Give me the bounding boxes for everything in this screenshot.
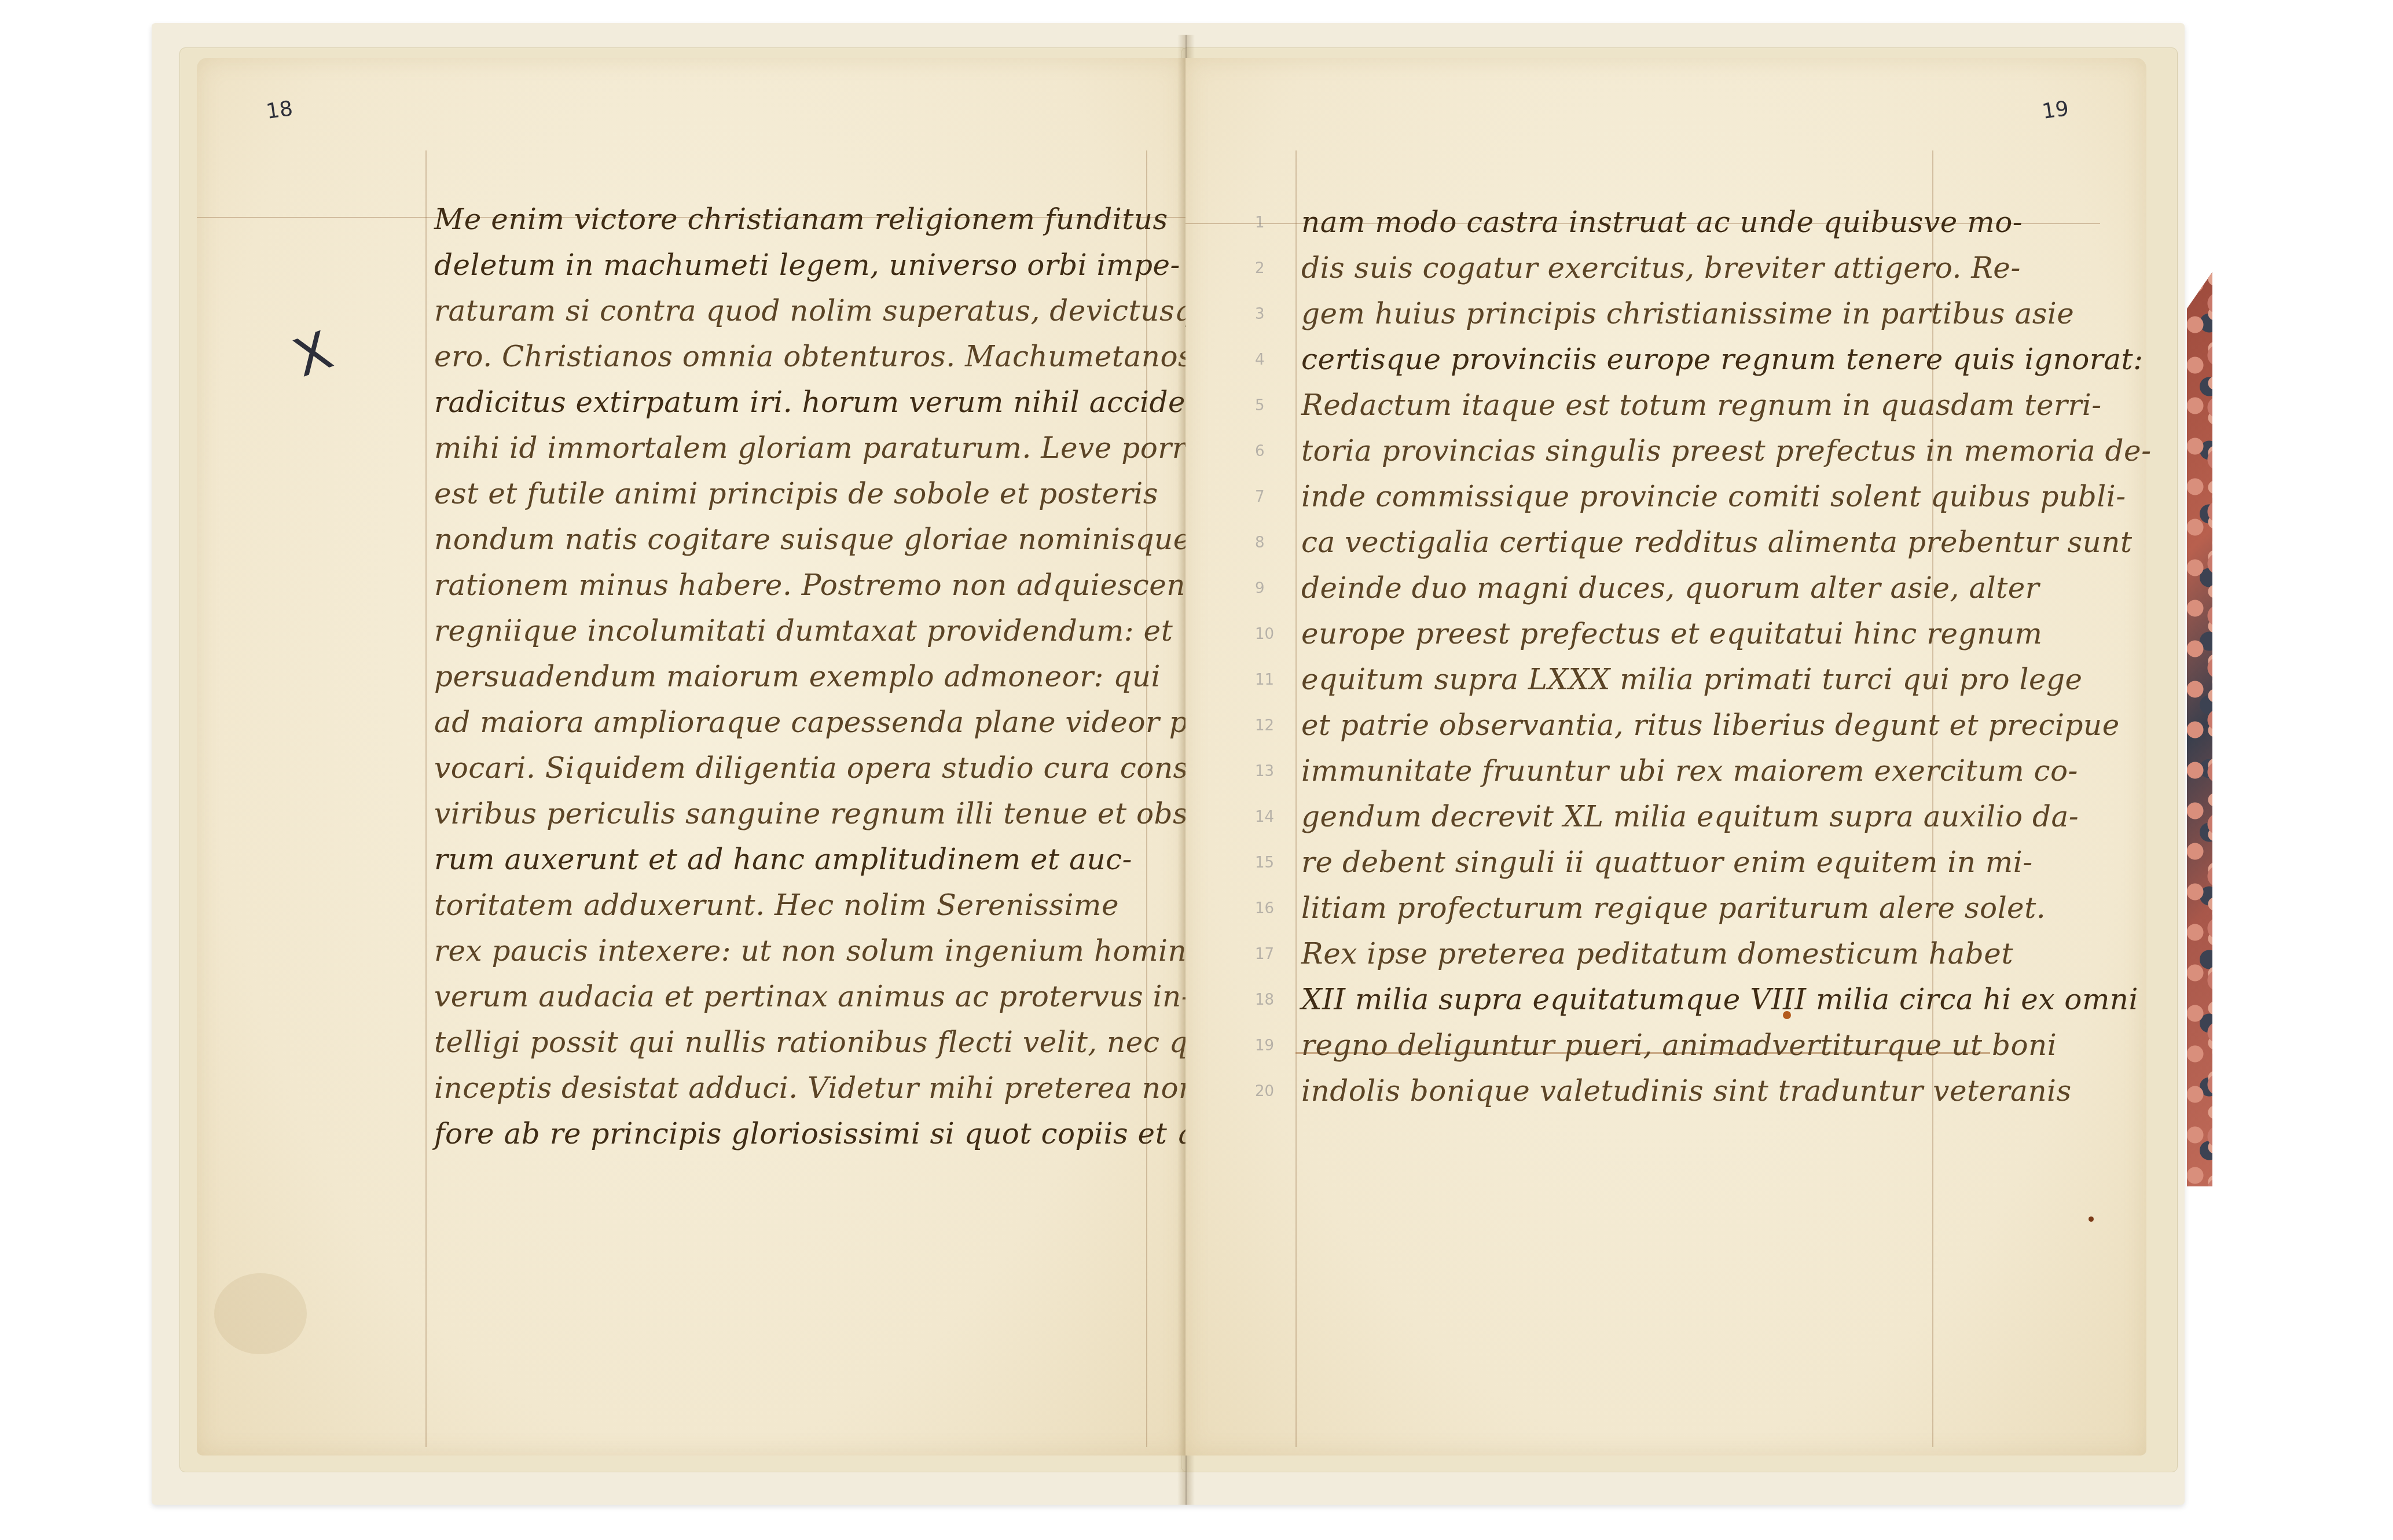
line-number: 16 <box>1255 900 1274 917</box>
ruled-line-left <box>1295 150 1297 1447</box>
text-line: toritatem adduxerunt. Hec nolim Sereniss… <box>434 888 1119 922</box>
text-line: litiam profecturum regique pariturum ale… <box>1301 891 2046 925</box>
text-line: inceptis desistat adduci. Videtur mihi p… <box>434 1071 1198 1105</box>
text-line: re debent singuli ii quattuor enim equit… <box>1301 846 2033 879</box>
line-number: 10 <box>1255 626 1274 643</box>
text-line: viribus periculis sanguine regnum illi t… <box>434 797 1234 830</box>
ink-spot <box>1783 1011 1791 1019</box>
text-line: Rex ipse preterea peditatum domesticum h… <box>1301 937 2013 971</box>
text-line: immunitate fruuntur ubi rex maiorem exer… <box>1301 754 2078 788</box>
text-line: equitum supra LXXX milia primati turci q… <box>1301 663 2083 696</box>
line-number: 17 <box>1255 946 1274 963</box>
text-line: ero. Christianos omnia obtenturos. Machu… <box>434 340 1193 373</box>
text-line: XII milia supra equitatumque VIII milia … <box>1301 983 2138 1016</box>
text-line: dis suis cogatur exercitus, breviter att… <box>1301 251 2021 285</box>
line-number: 6 <box>1255 443 1265 460</box>
text-line: est et futile animi principis de sobole … <box>434 477 1158 510</box>
folio-number-right: 19 <box>2040 97 2070 124</box>
text-line: raturam si contra quod nolim superatus, … <box>434 294 1279 328</box>
text-line: radicitus extirpatum iri. horum verum ni… <box>434 385 1217 419</box>
line-number: 1 <box>1255 214 1265 231</box>
line-number: 11 <box>1255 671 1274 689</box>
text-line: rationem minus habere. Postremo non adqu… <box>434 568 1251 602</box>
line-number: 15 <box>1255 854 1274 872</box>
text-line: ad maiora amplioraque capessenda plane v… <box>434 705 1230 739</box>
line-number: 9 <box>1255 580 1265 597</box>
line-number: 5 <box>1255 397 1265 414</box>
line-number: 7 <box>1255 488 1265 506</box>
text-line: vocari. Siquidem diligentia opera studio… <box>434 751 1235 785</box>
marbled-cover-right-edge <box>2187 272 2212 1186</box>
line-number: 18 <box>1255 991 1274 1009</box>
line-number: 13 <box>1255 763 1274 780</box>
text-line: persuadendum maiorum exemplo admoneor: q… <box>434 660 1161 693</box>
text-line: ca vectigalia certique redditus alimenta… <box>1301 525 2133 559</box>
text-line: fore ab re principis gloriosissimi si qu… <box>434 1117 1232 1151</box>
text-line: verum audacia et pertinax animus ac prot… <box>434 980 1191 1013</box>
line-number: 8 <box>1255 534 1265 552</box>
marginal-mark-x: X <box>286 320 340 389</box>
text-line: Me enim victore christianam religionem f… <box>434 203 1168 236</box>
line-number: 3 <box>1255 306 1265 323</box>
text-line: et patrie observantia, ritus liberius de… <box>1301 708 2120 742</box>
left-page-text: Me enim victore christianam religionem f… <box>434 203 1164 1152</box>
text-line: regniique incolumitati dumtaxat providen… <box>434 614 1173 648</box>
text-line: deinde duo magni duces, quorum alter asi… <box>1301 571 2039 605</box>
text-line: telligi possit qui nullis rationibus fle… <box>434 1026 1243 1059</box>
pencil-line-numbers: 1 2 3 4 5 6 7 8 9 10 11 12 13 14 15 16 1… <box>1255 214 1290 1140</box>
text-line: gendum decrevit XL milia equitum supra a… <box>1301 800 2079 833</box>
line-number: 12 <box>1255 717 1274 734</box>
text-line: inde commissique provincie comiti solent… <box>1301 480 2126 513</box>
folio-number-left: 18 <box>265 97 294 124</box>
text-line: Redactum itaque est totum regnum in quas… <box>1301 388 2102 422</box>
right-page-text: nam modo castra instruat ac unde quibusv… <box>1301 205 1996 1131</box>
left-page: 18 X Me enim victore christianam religio… <box>197 58 1186 1456</box>
ruled-line-left <box>425 150 427 1447</box>
line-number: 14 <box>1255 808 1274 826</box>
text-line: gem huius principis christianissime in p… <box>1301 297 2074 330</box>
text-line: deletum in machumeti legem, universo orb… <box>434 248 1180 282</box>
text-line: indolis bonique valetudinis sint tradunt… <box>1301 1074 2072 1108</box>
text-line: certisque provinciis europe regnum tener… <box>1301 343 2143 376</box>
line-number: 4 <box>1255 351 1265 369</box>
line-number: 19 <box>1255 1037 1274 1054</box>
text-line: nam modo castra instruat ac unde quibusv… <box>1301 205 2023 239</box>
text-line: europe preest prefectus et equitatui hin… <box>1301 617 2043 650</box>
text-line: mihi id immortalem gloriam paraturum. Le… <box>434 431 1204 465</box>
text-line: toria provincias singulis preest prefect… <box>1301 434 2152 468</box>
paper-stain <box>214 1273 307 1354</box>
text-line: nondum natis cogitare suisque gloriae no… <box>434 523 1191 556</box>
text-line: regno deliguntur pueri, animadvertiturqu… <box>1301 1028 2057 1062</box>
text-line: rum auxerunt et ad hanc amplitudinem et … <box>434 843 1132 876</box>
text-line: rex paucis intexere: ut non solum ingeni… <box>434 934 1212 968</box>
line-number: 20 <box>1255 1083 1274 1100</box>
line-number: 2 <box>1255 260 1265 277</box>
ink-spot <box>2089 1216 2094 1222</box>
right-page: 19 1 2 3 4 5 6 7 8 9 10 11 12 13 14 15 1… <box>1186 58 2146 1456</box>
